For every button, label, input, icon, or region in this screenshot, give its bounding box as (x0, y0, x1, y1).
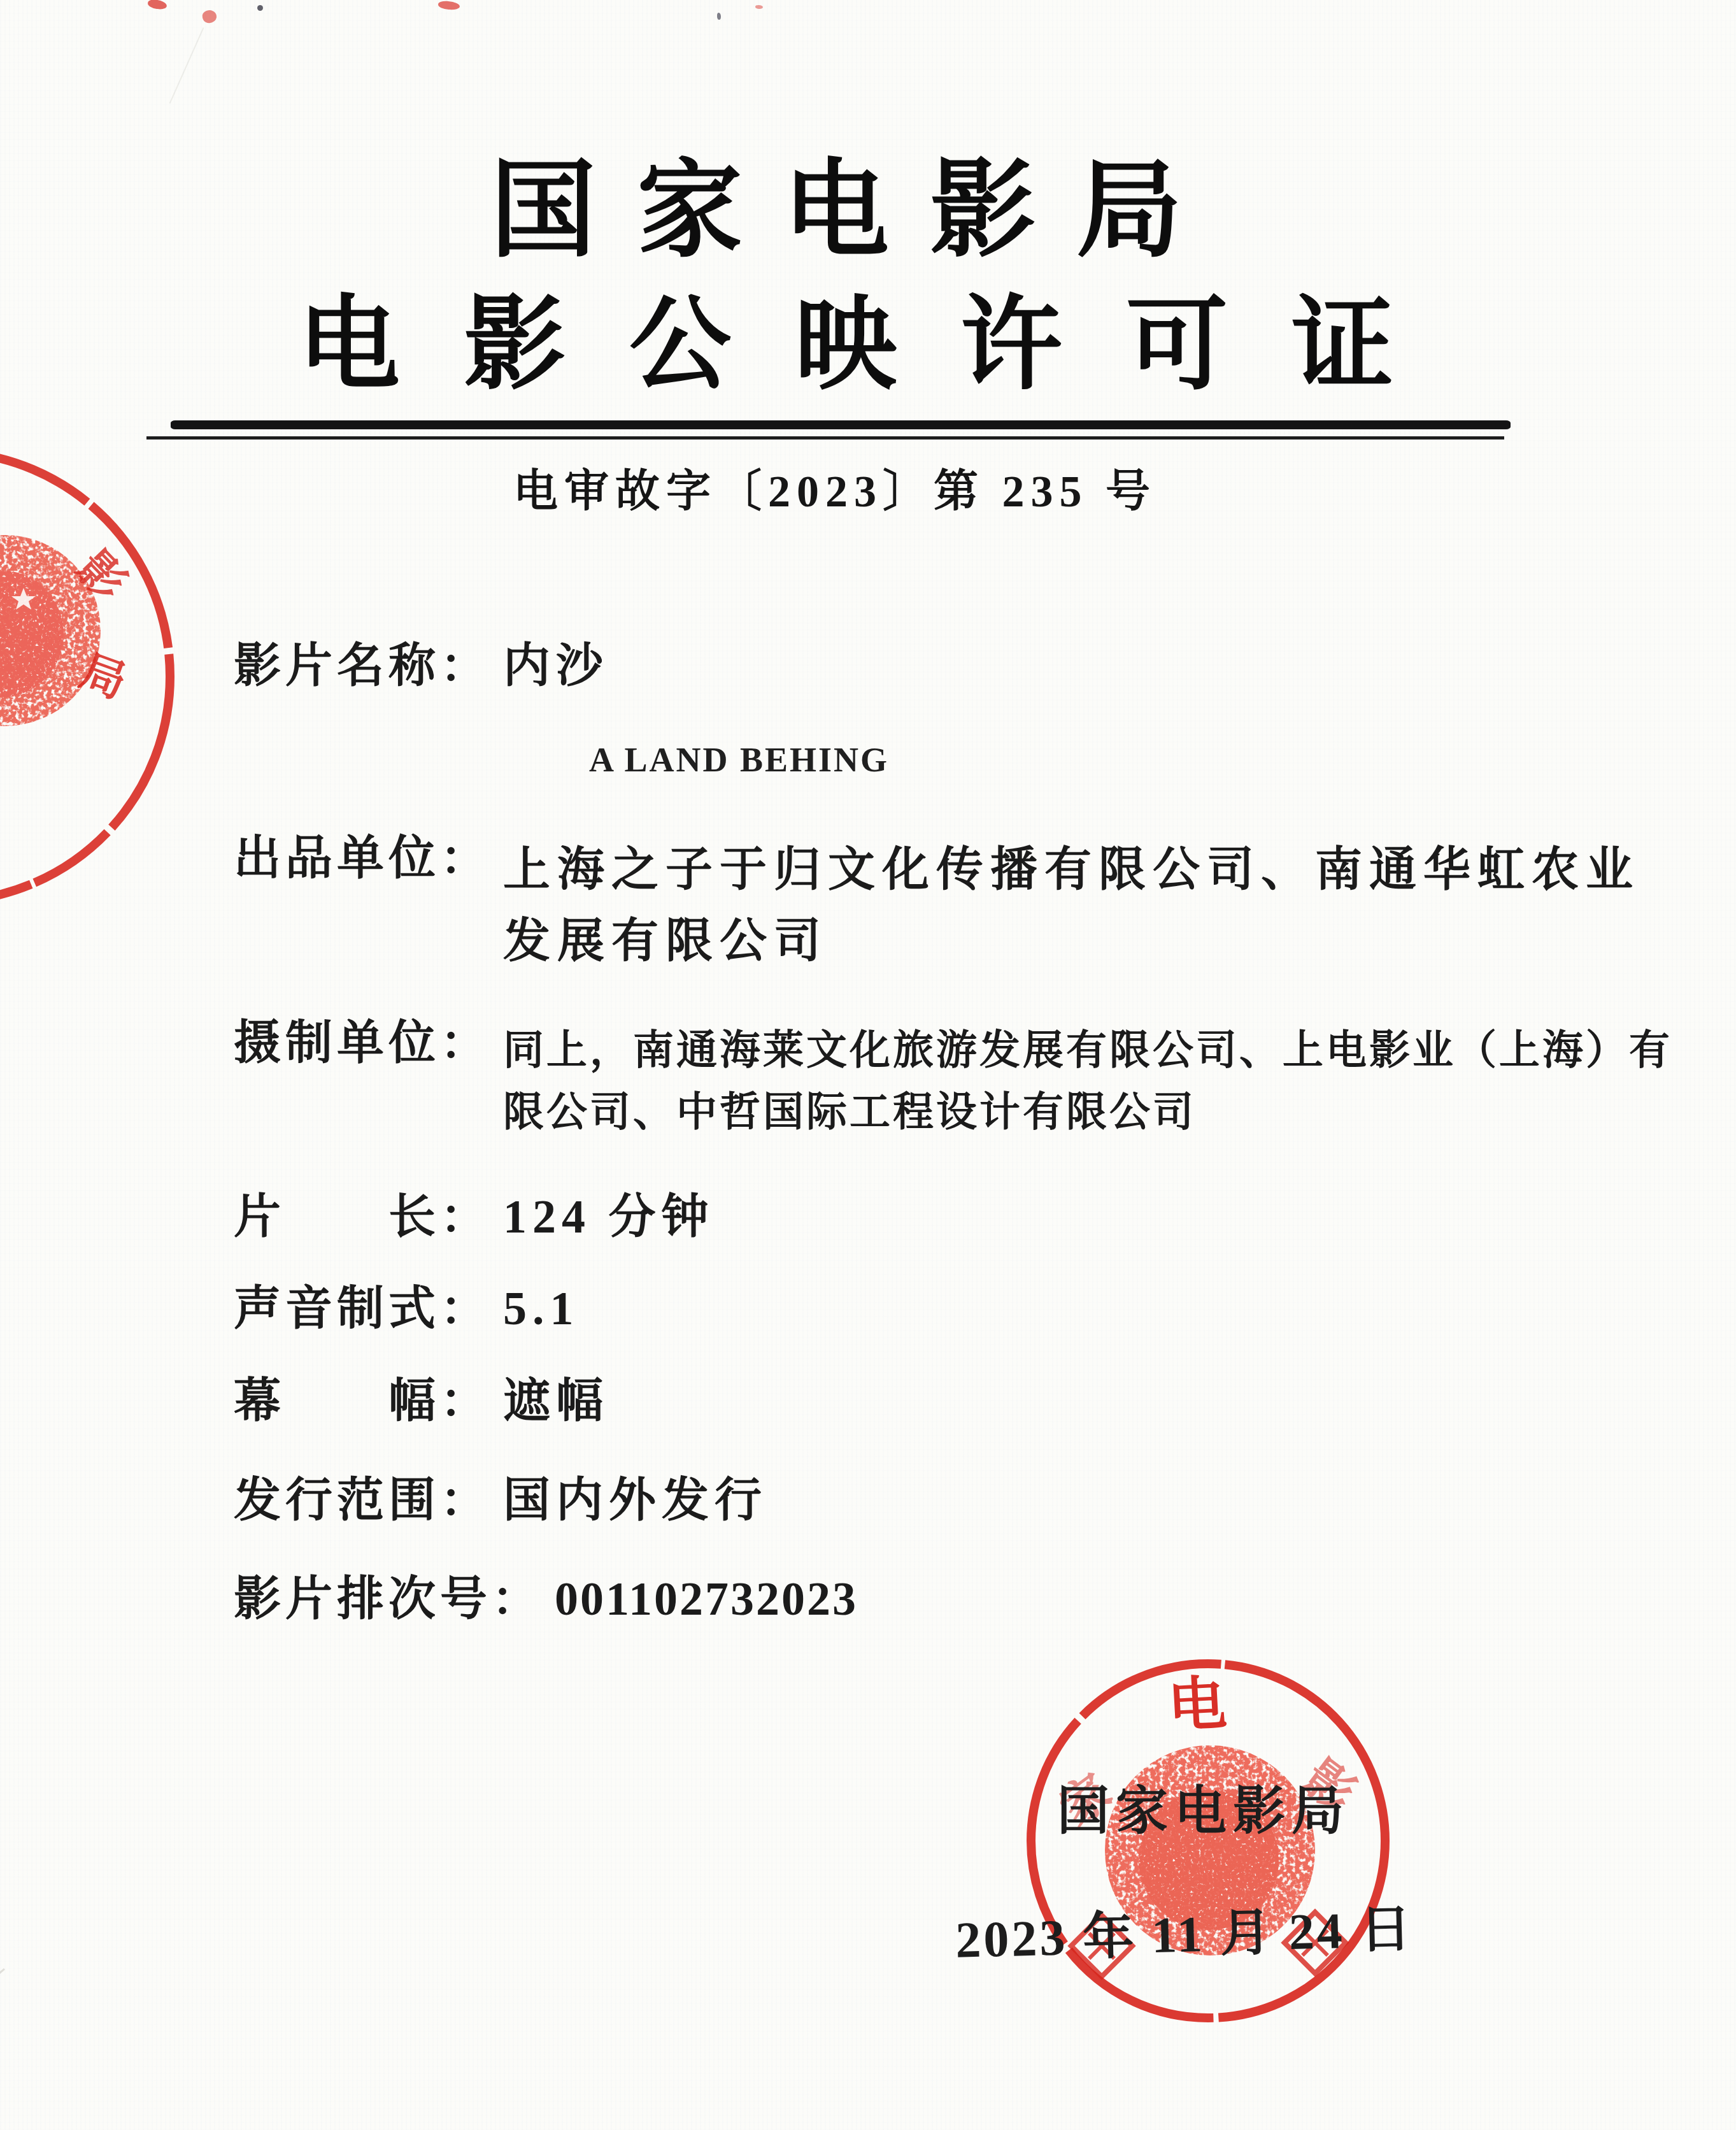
producer-value: 上海之子于归文化传播有限公司、南通华虹农业 发展有限公司 (503, 834, 1640, 977)
serial-value: 001102732023 (555, 1575, 858, 1625)
seal-date: 2023 年 11 月 24 日 (955, 1887, 1414, 1972)
ink-speck (717, 13, 721, 20)
seal-agency-name: 国家电影局 (1057, 1769, 1350, 1844)
field-row-production: 摄制单位： 同上，南通海莱文化旅游发展有限公司、上电影业（上海）有 限公司、中哲… (234, 1019, 1672, 1143)
ink-speck (201, 8, 218, 25)
production-value: 同上，南通海莱文化旅游发展有限公司、上电影业（上海）有 限公司、中哲国际工程设计… (503, 1019, 1672, 1143)
field-row-sound: 声音制式： 5.1 (234, 1285, 580, 1334)
ink-speck (147, 0, 167, 10)
document-title-line2: 电影公映许可证 (298, 294, 1457, 396)
production-label: 摄制单位： (234, 1019, 492, 1069)
film-name-value: 内沙 (503, 642, 609, 692)
producer-label: 出品单位： (234, 834, 492, 884)
field-row-producer: 出品单位： 上海之子于归文化传播有限公司、南通华虹农业 发展有限公司 (234, 834, 1640, 977)
production-value-line2: 限公司、中哲国际工程设计有限公司 (503, 1081, 1672, 1143)
permit-number: 电审故字〔2023〕第 235 号 (513, 470, 1156, 515)
corner-seal-stamp: 影 局 (0, 440, 191, 911)
field-row-serial: 影片排次号： 001102732023 (234, 1575, 858, 1625)
sound-value: 5.1 (503, 1285, 580, 1334)
paper-crease (0, 1968, 5, 2117)
official-seal-stamp: 电 家 影 (973, 1650, 1457, 2096)
field-row-distribution: 发行范围： 国内外发行 (234, 1476, 767, 1526)
document-title-line1: 国家电影局 (490, 158, 1223, 264)
sound-label: 声音制式： (234, 1285, 492, 1334)
ink-speck (755, 5, 763, 9)
distribution-value: 国内外发行 (503, 1476, 767, 1526)
title-rule-thin (146, 436, 1504, 440)
ink-speck (438, 1, 460, 10)
serial-label: 影片排次号： (234, 1575, 543, 1625)
distribution-label: 发行范围： (234, 1476, 492, 1526)
film-permit-document: 影 局 国家电影局 电影公映许可证 电审故字〔2023〕第 235 号 影片名称… (0, 0, 1736, 2130)
producer-value-line2: 发展有限公司 (503, 906, 1640, 977)
length-label: 片 长： (234, 1193, 492, 1243)
length-value: 124 分钟 (503, 1193, 715, 1243)
title-rule-thick (171, 420, 1511, 429)
production-value-line1: 同上，南通海莱文化旅游发展有限公司、上电影业（上海）有 (503, 1019, 1672, 1081)
producer-value-line1: 上海之子于归文化传播有限公司、南通华虹农业 (503, 834, 1640, 906)
ink-speck (257, 5, 263, 11)
official-seal-char-top: 电 (1166, 1671, 1228, 1740)
field-row-film-name: 影片名称： 内沙 (234, 642, 609, 692)
paper-crease (169, 27, 204, 104)
film-name-label: 影片名称： (234, 642, 492, 692)
film-english-title: A LAND BEHING (589, 740, 889, 780)
screen-label: 幕 幅： (234, 1377, 492, 1427)
screen-value: 遮幅 (503, 1377, 609, 1427)
field-row-screen: 幕 幅： 遮幅 (234, 1377, 609, 1427)
field-row-length: 片 长： 124 分钟 (234, 1193, 715, 1243)
